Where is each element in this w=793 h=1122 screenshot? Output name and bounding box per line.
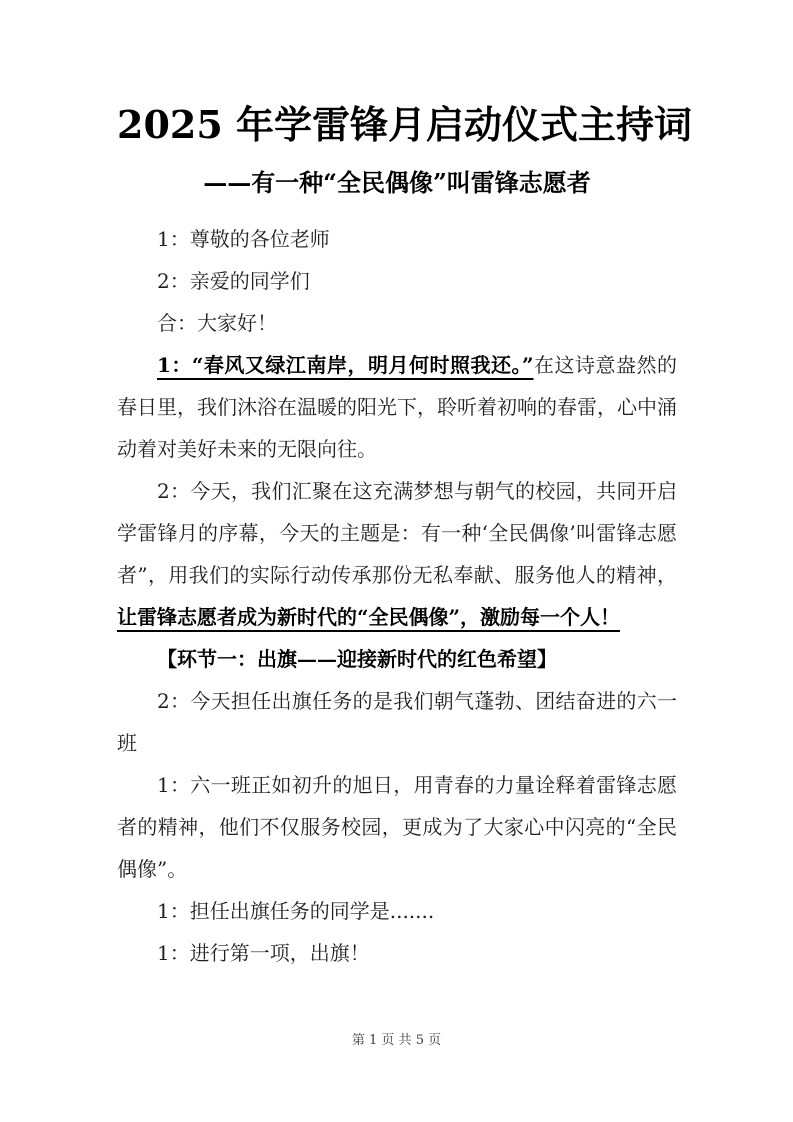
para-flag-class: 2：今天担任出旗任务的是我们朝气蓬勃、团结奋进的六一班 [117,680,677,764]
text-run: 1：尊敬的各位老师 [157,227,330,251]
text-run: 2：今天，我们汇聚在这充满梦想与朝气的校园，共同开启学雷锋月的序幕，今天的主题是… [117,479,677,587]
text-run: 合：大家好！ [157,311,277,335]
text-run: 1：六一班正如初升的旭日，用青春的力量诠释着雷锋志愿者的精神，他们不仅服务校园，… [117,773,677,881]
text-run: 【环节一：出旗——迎接新时代的红色希望】 [157,647,557,671]
text-run: 1：进行第一项，出旗！ [157,941,370,965]
page-number-text: 第 1 页 共 5 页 [352,1033,441,1048]
para-first-item: 1：进行第一项，出旗！ [117,932,677,974]
para-class-praise: 1：六一班正如初升的旭日，用青春的力量诠释着雷锋志愿者的精神，他们不仅服务校园，… [117,764,677,890]
document-body: 1：尊敬的各位老师2：亲爱的同学们合：大家好！1：“春风又绿江南岸，明月何时照我… [117,218,677,974]
document-title: 2025 年学雷锋月启动仪式主持词 [117,96,677,154]
text-run: 让雷锋志愿者成为新时代的“全民偶像”，激励每一个人！ [117,605,620,629]
line-host2-greeting: 2：亲爱的同学们 [117,260,677,302]
text-run: 1：“春风又绿江南岸，明月何时照我还。” [157,353,533,377]
page-footer: 第 1 页 共 5 页 [0,1032,793,1050]
para-flag-students: 1：担任出旗任务的同学是....... [117,890,677,932]
text-run: 2：亲爱的同学们 [157,269,310,293]
line-host1-greeting: 1：尊敬的各位老师 [117,218,677,260]
heading-segment-one: 【环节一：出旗——迎接新时代的红色希望】 [117,638,677,680]
document-subtitle: ——有一种“全民偶像”叫雷锋志愿者 [117,166,677,200]
line-both-greeting: 合：大家好！ [117,302,677,344]
para-spring-opening: 1：“春风又绿江南岸，明月何时照我还。”在这诗意盎然的春日里，我们沐浴在温暖的阳… [117,344,677,470]
text-run: 2：今天担任出旗任务的是我们朝气蓬勃、团结奋进的六一班 [117,689,677,755]
document-page: 2025 年学雷锋月启动仪式主持词 ——有一种“全民偶像”叫雷锋志愿者 1：尊敬… [0,0,793,1122]
para-theme-introduction: 2：今天，我们汇聚在这充满梦想与朝气的校园，共同开启学雷锋月的序幕，今天的主题是… [117,470,677,638]
text-run: 1：担任出旗任务的同学是....... [157,899,434,923]
